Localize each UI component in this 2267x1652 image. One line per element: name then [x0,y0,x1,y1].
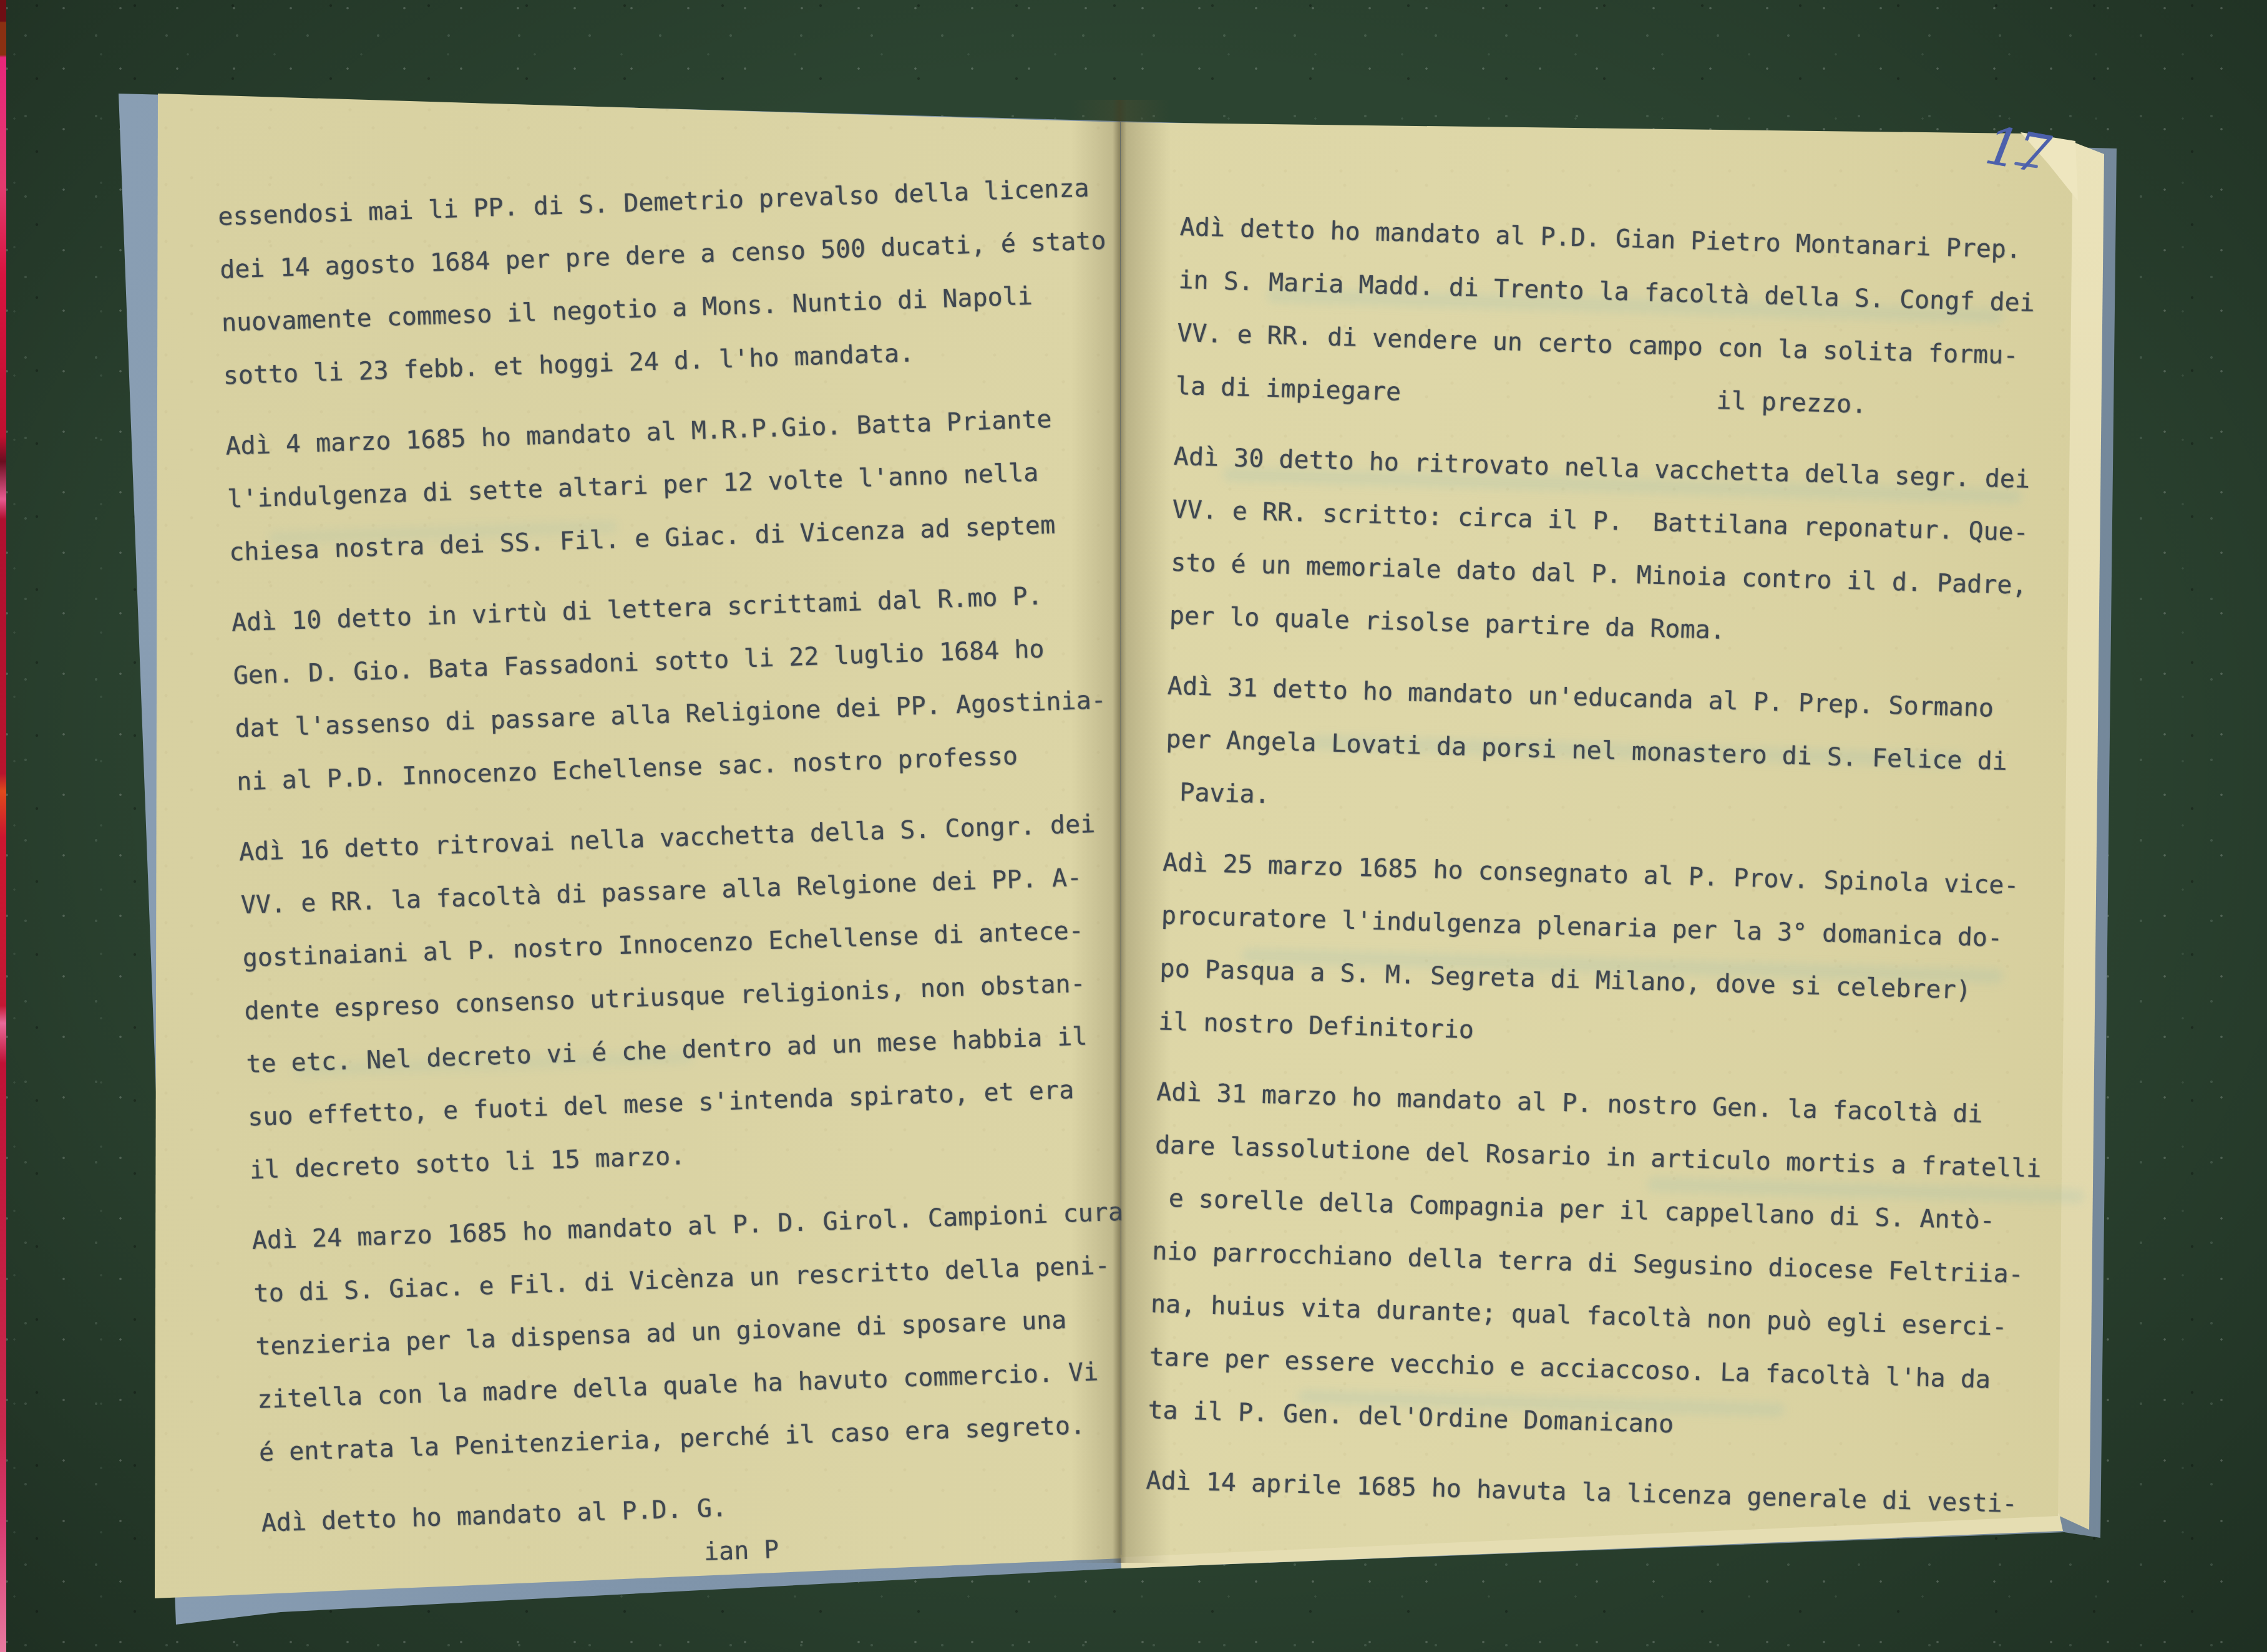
paragraph: Adì detto ho mandato al P.D. Gian Pietro… [1175,201,2092,437]
right-page-text: Adì detto ho mandato al P.D. Gian Pietro… [1145,201,2092,1550]
scanned-book-spread: essendosi mai li PP. di S. Demetrio prev… [0,0,2267,1652]
paragraph: Adì 14 aprile 1685 ho havuta la licenza … [1145,1454,2057,1532]
handwritten-folio-number: 17 [1978,116,2065,203]
paragraph: Adì 16 detto ritrovai nella vacchetta de… [238,796,1155,1197]
catchword: ian P [703,1535,779,1567]
paragraph: Adì 31 detto ho mandato un'educanda al P… [1164,660,2079,843]
paragraph: Adì 31 marzo ho mandato al P. nostro Gen… [1147,1066,2068,1461]
paragraph: Adì 24 marzo 1685 ho mandato al P. D. Gi… [251,1185,1164,1480]
scanner-color-strip [0,0,6,1652]
paragraph: essendosi mai li PP. di S. Demetrio prev… [217,161,1128,403]
paragraph: Adì 25 marzo 1685 ho consegnato al P. Pr… [1158,837,2074,1073]
paragraph: Adì 10 detto in virtù di lettera scritta… [231,567,1142,809]
left-page-text: essendosi mai li PP. di S. Demetrio prev… [217,161,1167,1568]
paragraph: Adì 4 marzo 1685 ho mandato al M.R.P.Gio… [225,391,1134,580]
paragraph: Adì 30 detto ho ritrovato nella vacchett… [1169,430,2085,667]
text-line: Adì 14 aprile 1685 ho havuta la licenza … [1145,1454,2057,1532]
